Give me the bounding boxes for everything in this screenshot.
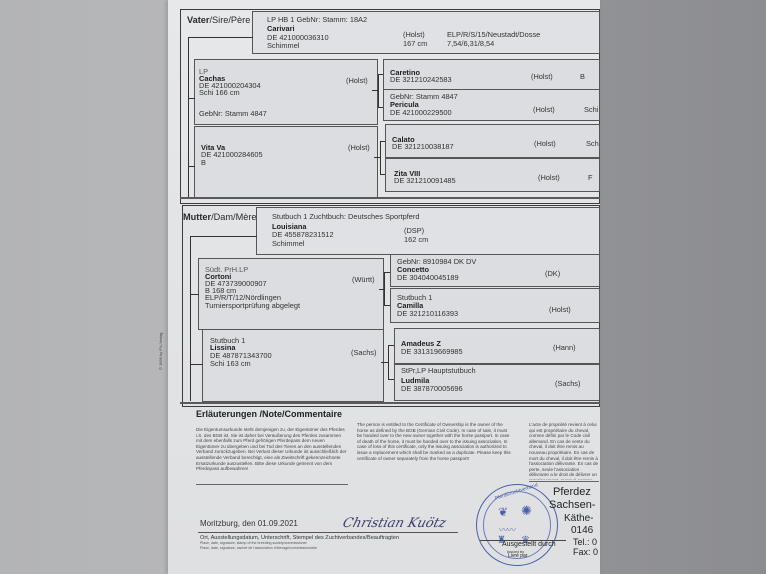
- vitava-id: DE 421000284605: [201, 151, 263, 159]
- title-rest: /Dam/Mère: [211, 212, 256, 222]
- notes-english: The person is entitled to the Certificat…: [357, 422, 513, 461]
- calato-color: Sch: [586, 140, 599, 148]
- connector: [379, 289, 385, 290]
- association-zip: 0146: [571, 525, 593, 536]
- cortoni-breed: (Württ): [352, 276, 375, 284]
- signature: Christian Kuötz: [341, 516, 448, 531]
- title-bold: Mutter: [183, 212, 211, 222]
- connector: [190, 364, 203, 365]
- ludmila-breed: (Sachs): [555, 380, 580, 388]
- connector: [381, 362, 389, 363]
- notes-title: Erläuterungen /Note/Commentaire: [196, 409, 342, 419]
- amadeus-breed: (Hann): [553, 344, 576, 352]
- notes-divider: [529, 481, 599, 482]
- side-print: © 1999 by FN-Verlag: [158, 333, 163, 370]
- ludmila-line1: StPr,LP Hauptstutbuch: [401, 367, 476, 375]
- signature-line: [198, 532, 458, 533]
- vitava-breed: (Holst): [348, 144, 370, 152]
- cachas-color-height: Schi 166 cm: [199, 89, 240, 97]
- pedigree-document: Vater/Sire/Père LP HB 1 GebNr: Stamm: 18…: [168, 0, 600, 574]
- connector: [188, 166, 195, 167]
- cortoni-test: Turniersportprüfung abgelegt: [205, 302, 300, 310]
- association-stamp: Pferdezuchtverband ❦ ✺ 〰〰 ♜ ♛ Ausgestell…: [476, 484, 558, 566]
- divider: [180, 402, 600, 404]
- association-name-1: Pferdez: [553, 486, 591, 498]
- pericula-id: DE 421000229500: [390, 109, 452, 117]
- concetto-breed: (DK): [545, 270, 560, 278]
- sire-color: Schimmel: [267, 42, 299, 50]
- caretino-id: DE 321210242583: [390, 76, 452, 84]
- connector: [188, 98, 195, 99]
- caretino-breed: (Holst): [531, 73, 553, 81]
- place-date: Moritzburg, den 01.09.2021: [200, 519, 298, 528]
- vitava-color: B: [201, 159, 206, 167]
- calato-box: [385, 124, 600, 158]
- sire-scores: 7,54/6,31/8,54: [447, 40, 494, 48]
- connector: [190, 294, 199, 295]
- star-icon: ✺: [521, 503, 532, 519]
- amadeus-id: DE 331319669985: [401, 348, 463, 356]
- bracket-line: [190, 236, 257, 237]
- sire-section-title: Vater/Sire/Père: [187, 15, 250, 25]
- title-bold: Vater: [187, 15, 209, 25]
- pericula-color: Schi: [584, 106, 598, 114]
- sire-height: 167 cm: [403, 40, 427, 48]
- zita-breed: (Holst): [538, 174, 560, 182]
- connector: [372, 90, 379, 91]
- lissina-breed: (Sachs): [351, 349, 376, 357]
- lissina-color-height: Schi 163 cm: [210, 360, 251, 368]
- cachas-breed: (Holst): [346, 77, 368, 85]
- association-fax: Fax: 0: [573, 547, 598, 557]
- cachas-gebnr: GebNr: Stamm 4847: [199, 110, 267, 118]
- dam-line1: Stutbuch 1 Zuchtbuch: Deutsches Sportpfe…: [272, 213, 420, 221]
- zita-color: F: [588, 174, 593, 182]
- association-tel: Tel.: 0: [573, 537, 597, 547]
- dam-color: Schimmel: [272, 240, 304, 248]
- dam-section-title: Mutter/Dam/Mère: [183, 212, 257, 222]
- camilla-id: DE 321210116393: [397, 310, 458, 318]
- sire-dam-box: [194, 126, 378, 198]
- stamp-issued-by: Ausgestellt durch: [502, 541, 556, 548]
- pericula-breed: (Holst): [533, 106, 555, 114]
- title-rest: /Sire/Père: [209, 15, 250, 25]
- bracket-line: [188, 37, 189, 197]
- notes-german: Die Eigentumsurkunde steht demjenigen zu…: [196, 427, 348, 472]
- bracket-line: [188, 37, 253, 38]
- dam-height: 162 cm: [404, 236, 428, 244]
- signature-label-en: Place, date, signature, stamp of the bre…: [200, 541, 307, 545]
- stamp-issued-by-fr: Livré par: [508, 553, 527, 559]
- caretino-color: B: [580, 73, 585, 81]
- stamp-line: [480, 540, 566, 541]
- bracket-line: [190, 236, 191, 401]
- background-right: [598, 0, 766, 574]
- divider: [180, 197, 600, 199]
- signature-label-fr: Place, date, signature, cachet de l'asso…: [200, 546, 317, 550]
- camilla-breed: (Holst): [549, 306, 571, 314]
- connector: [374, 157, 381, 158]
- concetto-id: DE 304040045189: [397, 274, 459, 282]
- zita-id: DE 321210091485: [394, 177, 456, 185]
- calato-breed: (Holst): [534, 140, 556, 148]
- association-street: Käthe-: [564, 513, 593, 524]
- ludmila-id: DE 387870005696: [401, 385, 463, 393]
- leaf-icon: ❦: [498, 505, 508, 519]
- notes-french: L'acte de propriété revient à celui qui …: [529, 422, 599, 480]
- calato-id: DE 321210038187: [392, 143, 454, 151]
- notes-divider: [196, 484, 348, 485]
- association-name-2: Sachsen-: [549, 499, 595, 511]
